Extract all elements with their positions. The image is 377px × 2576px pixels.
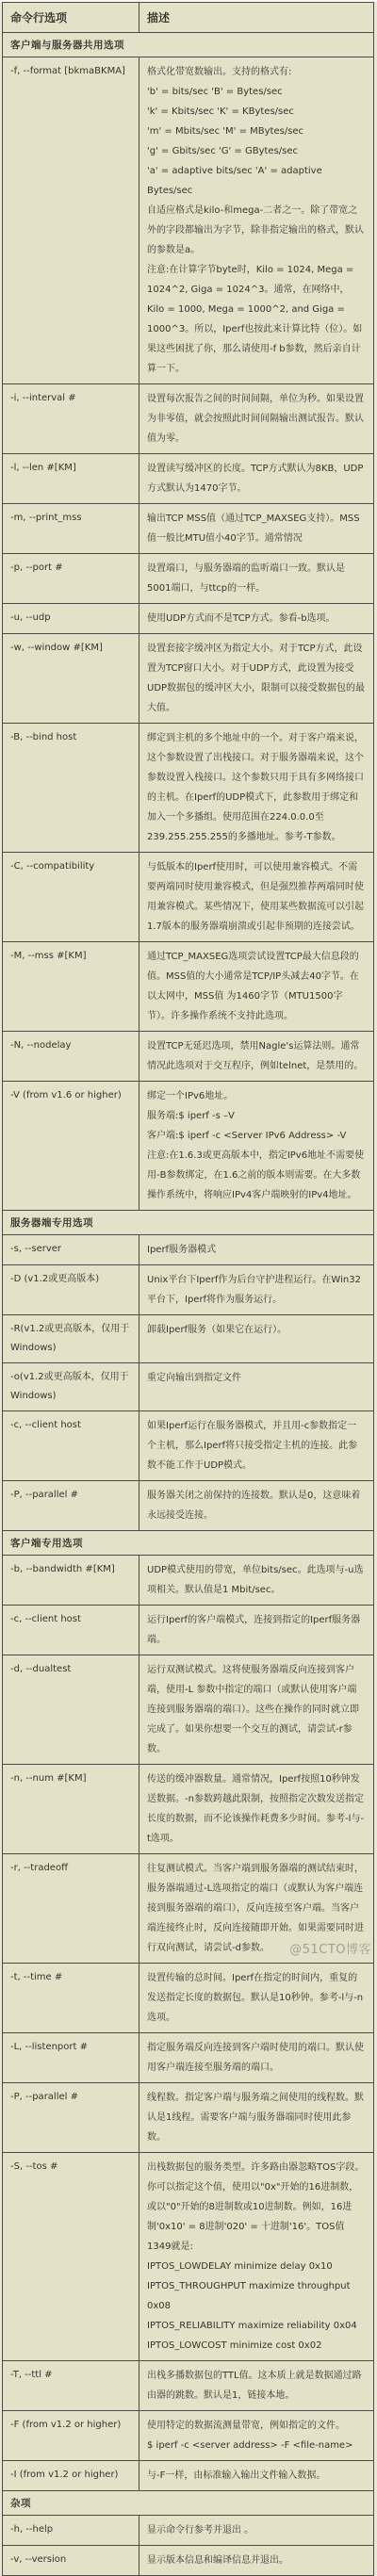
- description-line: 注意:在计算字节byte时，Kilo = 1024, Mega = 1024^2…: [147, 260, 366, 379]
- description-line: 服务器关闭之前保持的连接数。默认是0，这意味着永远接受连接。: [147, 1486, 366, 1525]
- description-line: 设置传输的总时间。Iperf在指定的时间内，重复的发送指定长度的数据包。默认是1…: [147, 1968, 366, 2028]
- option-row: -c, --client host运行Iperf的客户端模式，连接到指定的Ipe…: [3, 1606, 374, 1655]
- option-description: 绑定一个IPv6地址。服务端:$ iperf -s –V客户端:$ iperf …: [139, 1082, 374, 1211]
- description-line: 出栈数据包的服务类型。许多路由器忽略TOS字段。你可以指定这个值，使用以"0x"…: [147, 2158, 366, 2257]
- option-description: 绑定到主机的多个地址中的一个。对于客户端来说，这个参数设置了出栈接口。对于服务器…: [139, 724, 374, 853]
- option-description: 设置端口，与服务器端的监听端口一致。默认是5001端口，与ttcp的一样。: [139, 554, 374, 604]
- option-description: UDP模式使用的带宽，单位bits/sec。此选项与-u选项相关。默认值是1 M…: [139, 1556, 374, 1606]
- description-line: 使用特定的数据流测量带宽，例如指定的文件。: [147, 2416, 366, 2436]
- option-flag: -w, --window #[KM]: [3, 634, 139, 724]
- option-description: 输出TCP MSS值（通过TCP_MAXSEG支持）。MSS值一般比MTU值小4…: [139, 504, 374, 554]
- option-row: -w, --window #[KM]设置套接字缓冲区为指定大小。对于TCP方式，…: [3, 634, 374, 724]
- option-row: -u, --udp使用UDP方式而不是TCP方式。参看-b选项。: [3, 604, 374, 634]
- option-flag: -c, --client host: [3, 1606, 139, 1655]
- option-description: 服务器关闭之前保持的连接数。默认是0，这意味着永远接受连接。: [139, 1481, 374, 1531]
- option-description: 运行双测试模式。这将使服务器端反向连接到客户端，使用-L 参数中指定的端口（或默…: [139, 1655, 374, 1765]
- section-row: 杂项: [3, 2491, 374, 2516]
- option-row: -i, --interval #设置每次报告之间的时间间隔，单位为秒。如果设置为…: [3, 384, 374, 454]
- option-flag: -N, --nodelay: [3, 1032, 139, 1082]
- description-line: IPTOS_LOWDELAY minimize delay 0x10: [147, 2257, 366, 2276]
- option-flag: -V (from v1.6 or higher): [3, 1082, 139, 1211]
- option-description: 设置读写缓冲区的长度。TCP方式默认为8KB，UDP方式默认为1470字节。: [139, 454, 374, 504]
- option-row: -v, --version显示版本信息和编译信息并退出。: [3, 2546, 374, 2576]
- option-flag: -F (from v1.2 or higher): [3, 2411, 139, 2461]
- option-flag: -R(v1.2或更高版本，仅用于Windows): [3, 1315, 139, 1363]
- description-line: 'b' = bits/sec 'B' = Bytes/sec: [147, 82, 366, 102]
- header-cell-options: 命令行选项: [3, 3, 139, 33]
- table-header-row: 命令行选项 描述: [3, 3, 374, 33]
- option-row: -d, --dualtest运行双测试模式。这将使服务器端反向连接到客户端，使用…: [3, 1655, 374, 1765]
- option-flag: -P, --parallel #: [3, 2083, 139, 2153]
- description-line: Iperf服务器模式: [147, 1240, 366, 1260]
- option-description: 显示命令行参考并退出 。: [139, 2516, 374, 2546]
- description-line: 运行双测试模式。这将使服务器端反向连接到客户端，使用-L 参数中指定的端口（或默…: [147, 1660, 366, 1759]
- option-description: 设置传输的总时间。Iperf在指定的时间内，重复的发送指定长度的数据包。默认是1…: [139, 1964, 374, 2033]
- description-line: 'g' = Gbits/sec 'G' = GBytes/sec: [147, 141, 366, 161]
- option-description: Unix平台下Iperf作为后台守护进程运行。在Win32平台下，Iperf将作…: [139, 1265, 374, 1315]
- description-line: 重定向输出到指定文件: [147, 1368, 366, 1388]
- option-description: 卸载Iperf服务（如果它在运行）。: [139, 1315, 374, 1363]
- option-flag: -c, --client host: [3, 1411, 139, 1481]
- option-row: -C, --compatibility与低版本的Iperf使用时，可以使用兼容模…: [3, 853, 374, 942]
- option-description: 线程数。指定客户端与服务端之间使用的线程数。默认是1线程。需要客户端与服务器端同…: [139, 2083, 374, 2153]
- section-row: 服务器端专用选项: [3, 1211, 374, 1235]
- option-row: -m, --print_mss输出TCP MSS值（通过TCP_MAXSEG支持…: [3, 504, 374, 554]
- description-line: $ iperf -c <server address> -F <file-nam…: [147, 2436, 366, 2455]
- description-line: UDP模式使用的带宽，单位bits/sec。此选项与-u选项相关。默认值是1 M…: [147, 1560, 366, 1600]
- option-description: 设置每次报告之间的时间间隔，单位为秒。如果设置为非零值，就会按照此时间间隔输出测…: [139, 384, 374, 454]
- option-row: -F (from v1.2 or higher)使用特定的数据流测量带宽，例如指…: [3, 2411, 374, 2461]
- table-body: 客户端与服务器共用选项-f, --format [bkmaBKMA]格式化带宽数…: [3, 33, 374, 2576]
- section-row: 客户端与服务器共用选项: [3, 33, 374, 57]
- option-description: Iperf服务器模式: [139, 1235, 374, 1265]
- option-row: -P, --parallel #线程数。指定客户端与服务端之间使用的线程数。默认…: [3, 2083, 374, 2153]
- option-description: 设置套接字缓冲区为指定大小。对于TCP方式，此设置为TCP窗口大小。对于UDP方…: [139, 634, 374, 724]
- option-flag: -M, --mss #[KM]: [3, 942, 139, 1032]
- description-line: 设置TCP无延迟选项，禁用Nagle's运算法则。通常情况此选项对于交互程序，例…: [147, 1036, 366, 1076]
- option-row: -T, --ttl #出栈多播数据包的TTL值。这本质上就是数据通过路由器的跳数…: [3, 2361, 374, 2411]
- option-description: 出栈多播数据包的TTL值。这本质上就是数据通过路由器的跳数。默认是1，链接本地。: [139, 2361, 374, 2411]
- description-line: 传送的缓冲器数量。通常情况，Iperf按照10秒钟发送数据。-n参数跨越此限制，…: [147, 1769, 366, 1849]
- description-line: 显示命令行参考并退出 。: [147, 2520, 366, 2540]
- option-description: 使用UDP方式而不是TCP方式。参看-b选项。: [139, 604, 374, 634]
- option-description: 通过TCP_MAXSEG选项尝试设置TCP最大信息段的值。MSS值的大小通常是T…: [139, 942, 374, 1032]
- option-row: -P, --parallel #服务器关闭之前保持的连接数。默认是0，这意味着永…: [3, 1481, 374, 1531]
- description-line: IPTOS_LOWCOST minimize cost 0x02: [147, 2336, 366, 2356]
- option-row: -s, --serverIperf服务器模式: [3, 1235, 374, 1265]
- option-row: -p, --port #设置端口，与服务器端的监听端口一致。默认是5001端口，…: [3, 554, 374, 604]
- description-line: 显示版本信息和编译信息并退出。: [147, 2551, 366, 2570]
- option-flag: -i, --interval #: [3, 384, 139, 454]
- description-line: 'k' = Kbits/sec 'K' = KBytes/sec: [147, 102, 366, 122]
- option-row: -M, --mss #[KM]通过TCP_MAXSEG选项尝试设置TCP最大信息…: [3, 942, 374, 1032]
- option-row: -f, --format [bkmaBKMA]格式化带宽数输出。支持的格式有:'…: [3, 57, 374, 384]
- option-flag: -s, --server: [3, 1235, 139, 1265]
- description-line: 如果Iperf运行在服务器模式，并且用-c参数指定一个主机，那么Iperf将只接…: [147, 1416, 366, 1475]
- option-row: -L, --listenport #指定服务端反向连接到客户端时使用的端口。默认…: [3, 2033, 374, 2083]
- option-flag: -p, --port #: [3, 554, 139, 604]
- option-row: -o(v1.2或更高版本，仅用于Windows)重定向输出到指定文件: [3, 1363, 374, 1411]
- option-flag: -v, --version: [3, 2546, 139, 2576]
- description-line: 线程数。指定客户端与服务端之间使用的线程数。默认是1线程。需要客户端与服务器端同…: [147, 2088, 366, 2147]
- description-line: IPTOS_THROUGHPUT maximize throughput 0x0…: [147, 2276, 366, 2316]
- section-header: 杂项: [3, 2491, 374, 2516]
- option-flag: -r, --tradeoff: [3, 1854, 139, 1964]
- description-line: 与低版本的Iperf使用时，可以使用兼容模式。不需要两端同时使用兼容模式，但是强…: [147, 857, 366, 937]
- section-row: 客户端专用选项: [3, 1531, 374, 1556]
- option-description: 重定向输出到指定文件: [139, 1363, 374, 1411]
- option-row: -N, --nodelay设置TCP无延迟选项，禁用Nagle's运算法则。通常…: [3, 1032, 374, 1082]
- option-row: -h, --help显示命令行参考并退出 。: [3, 2516, 374, 2546]
- option-row: -R(v1.2或更高版本，仅用于Windows)卸载Iperf服务（如果它在运行…: [3, 1315, 374, 1363]
- description-line: 通过TCP_MAXSEG选项尝试设置TCP最大信息段的值。MSS值的大小通常是T…: [147, 947, 366, 1026]
- option-description: 与低版本的Iperf使用时，可以使用兼容模式。不需要两端同时使用兼容模式，但是强…: [139, 853, 374, 942]
- option-flag: -P, --parallel #: [3, 1481, 139, 1531]
- description-line: 'a' = adaptive bits/sec 'A' = adaptive B…: [147, 161, 366, 201]
- option-flag: -l, --len #[KM]: [3, 454, 139, 504]
- option-row: -V (from v1.6 or higher)绑定一个IPv6地址。服务端:$…: [3, 1082, 374, 1211]
- option-flag: -m, --print_mss: [3, 504, 139, 554]
- header-cell-description: 描述: [139, 3, 374, 33]
- description-line: 设置端口，与服务器端的监听端口一致。默认是5001端口，与ttcp的一样。: [147, 559, 366, 598]
- option-description: 格式化带宽数输出。支持的格式有:'b' = bits/sec 'B' = Byt…: [139, 57, 374, 384]
- option-row: -D (v1.2或更高版本)Unix平台下Iperf作为后台守护进程运行。在Wi…: [3, 1265, 374, 1315]
- iperf-options-table: 命令行选项 描述 客户端与服务器共用选项-f, --format [bkmaBK…: [2, 2, 374, 2576]
- option-flag: -D (v1.2或更高版本): [3, 1265, 139, 1315]
- description-line: 客户端:$ iperf -c <Server IPv6 Address> -V: [147, 1126, 366, 1146]
- description-line: 格式化带宽数输出。支持的格式有:: [147, 62, 366, 82]
- option-description: 传送的缓冲器数量。通常情况，Iperf按照10秒钟发送数据。-n参数跨越此限制，…: [139, 1765, 374, 1854]
- option-flag: -n, --num #[KM]: [3, 1765, 139, 1854]
- description-line: 设置套接字缓冲区为指定大小。对于TCP方式，此设置为TCP窗口大小。对于UDP方…: [147, 639, 366, 718]
- option-flag: -b, --bandwidth #[KM]: [3, 1556, 139, 1606]
- section-header: 客户端专用选项: [3, 1531, 374, 1556]
- option-row: -B, --bind host绑定到主机的多个地址中的一个。对于客户端来说，这个…: [3, 724, 374, 853]
- option-flag: -u, --udp: [3, 604, 139, 634]
- description-line: 出栈多播数据包的TTL值。这本质上就是数据通过路由器的跳数。默认是1，链接本地。: [147, 2366, 366, 2405]
- option-flag: -I (from v1.2 or higher): [3, 2461, 139, 2491]
- option-description: 运行Iperf的客户端模式，连接到指定的Iperf服务器端。: [139, 1606, 374, 1655]
- description-line: 运行Iperf的客户端模式，连接到指定的Iperf服务器端。: [147, 1610, 366, 1650]
- option-flag: -d, --dualtest: [3, 1655, 139, 1765]
- description-line: 指定服务端反向连接到客户端时使用的端口。默认使用客户端连接至服务端的端口。: [147, 2038, 366, 2078]
- section-header: 服务器端专用选项: [3, 1211, 374, 1235]
- description-line: Unix平台下Iperf作为后台守护进程运行。在Win32平台下，Iperf将作…: [147, 1270, 366, 1310]
- option-description: 使用特定的数据流测量带宽，例如指定的文件。$ iperf -c <server …: [139, 2411, 374, 2461]
- description-line: 自适应格式是kilo-和mega-二者之一。除了带宽之外的字段都输出为字节，除非…: [147, 201, 366, 260]
- option-flag: -t, --time #: [3, 1964, 139, 2033]
- description-line: 服务端:$ iperf -s –V: [147, 1106, 366, 1126]
- description-line: 设置读写缓冲区的长度。TCP方式默认为8KB，UDP方式默认为1470字节。: [147, 459, 366, 498]
- option-flag: -C, --compatibility: [3, 853, 139, 942]
- option-description: 出栈数据包的服务类型。许多路由器忽略TOS字段。你可以指定这个值，使用以"0x"…: [139, 2153, 374, 2361]
- watermark-text: @51CTO博客: [289, 1939, 371, 1957]
- description-line: 与-F一样，由标准输入输出文件输入数据。: [147, 2466, 366, 2486]
- option-flag: -B, --bind host: [3, 724, 139, 853]
- option-flag: -h, --help: [3, 2516, 139, 2546]
- description-line: 注意:在1.6.3或更高版本中，指定IPv6地址不需要使用-B参数绑定，在1.6…: [147, 1146, 366, 1205]
- description-line: 设置每次报告之间的时间间隔，单位为秒。如果设置为非零值，就会按照此时间间隔输出测…: [147, 389, 366, 448]
- option-flag: -f, --format [bkmaBKMA]: [3, 57, 139, 384]
- option-row: -l, --len #[KM]设置读写缓冲区的长度。TCP方式默认为8KB，UD…: [3, 454, 374, 504]
- option-row: -b, --bandwidth #[KM]UDP模式使用的带宽，单位bits/s…: [3, 1556, 374, 1606]
- option-flag: -o(v1.2或更高版本，仅用于Windows): [3, 1363, 139, 1411]
- description-line: 绑定一个IPv6地址。: [147, 1086, 366, 1106]
- option-row: -c, --client host如果Iperf运行在服务器模式，并且用-c参数…: [3, 1411, 374, 1481]
- option-row: -t, --time #设置传输的总时间。Iperf在指定的时间内，重复的发送指…: [3, 1964, 374, 2033]
- option-description: 与-F一样，由标准输入输出文件输入数据。: [139, 2461, 374, 2491]
- description-line: 'm' = Mbits/sec 'M' = MBytes/sec: [147, 122, 366, 141]
- option-flag: -S, --tos #: [3, 2153, 139, 2361]
- option-description: 指定服务端反向连接到客户端时使用的端口。默认使用客户端连接至服务端的端口。: [139, 2033, 374, 2083]
- option-row: -I (from v1.2 or higher)与-F一样，由标准输入输出文件输…: [3, 2461, 374, 2491]
- option-flag: -L, --listenport #: [3, 2033, 139, 2083]
- description-line: 绑定到主机的多个地址中的一个。对于客户端来说，这个参数设置了出栈接口。对于服务器…: [147, 728, 366, 847]
- description-line: 输出TCP MSS值（通过TCP_MAXSEG支持）。MSS值一般比MTU值小4…: [147, 509, 366, 548]
- option-description: 如果Iperf运行在服务器模式，并且用-c参数指定一个主机，那么Iperf将只接…: [139, 1411, 374, 1481]
- option-flag: -T, --ttl #: [3, 2361, 139, 2411]
- description-line: 使用UDP方式而不是TCP方式。参看-b选项。: [147, 609, 366, 628]
- description-line: 卸载Iperf服务（如果它在运行）。: [147, 1320, 366, 1340]
- description-line: IPTOS_RELIABILITY maximize reliability 0…: [147, 2316, 366, 2336]
- option-description: 显示版本信息和编译信息并退出。: [139, 2546, 374, 2576]
- option-row: -S, --tos #出栈数据包的服务类型。许多路由器忽略TOS字段。你可以指定…: [3, 2153, 374, 2361]
- section-header: 客户端与服务器共用选项: [3, 33, 374, 57]
- option-description: 设置TCP无延迟选项，禁用Nagle's运算法则。通常情况此选项对于交互程序，例…: [139, 1032, 374, 1082]
- option-row: -n, --num #[KM]传送的缓冲器数量。通常情况，Iperf按照10秒钟…: [3, 1765, 374, 1854]
